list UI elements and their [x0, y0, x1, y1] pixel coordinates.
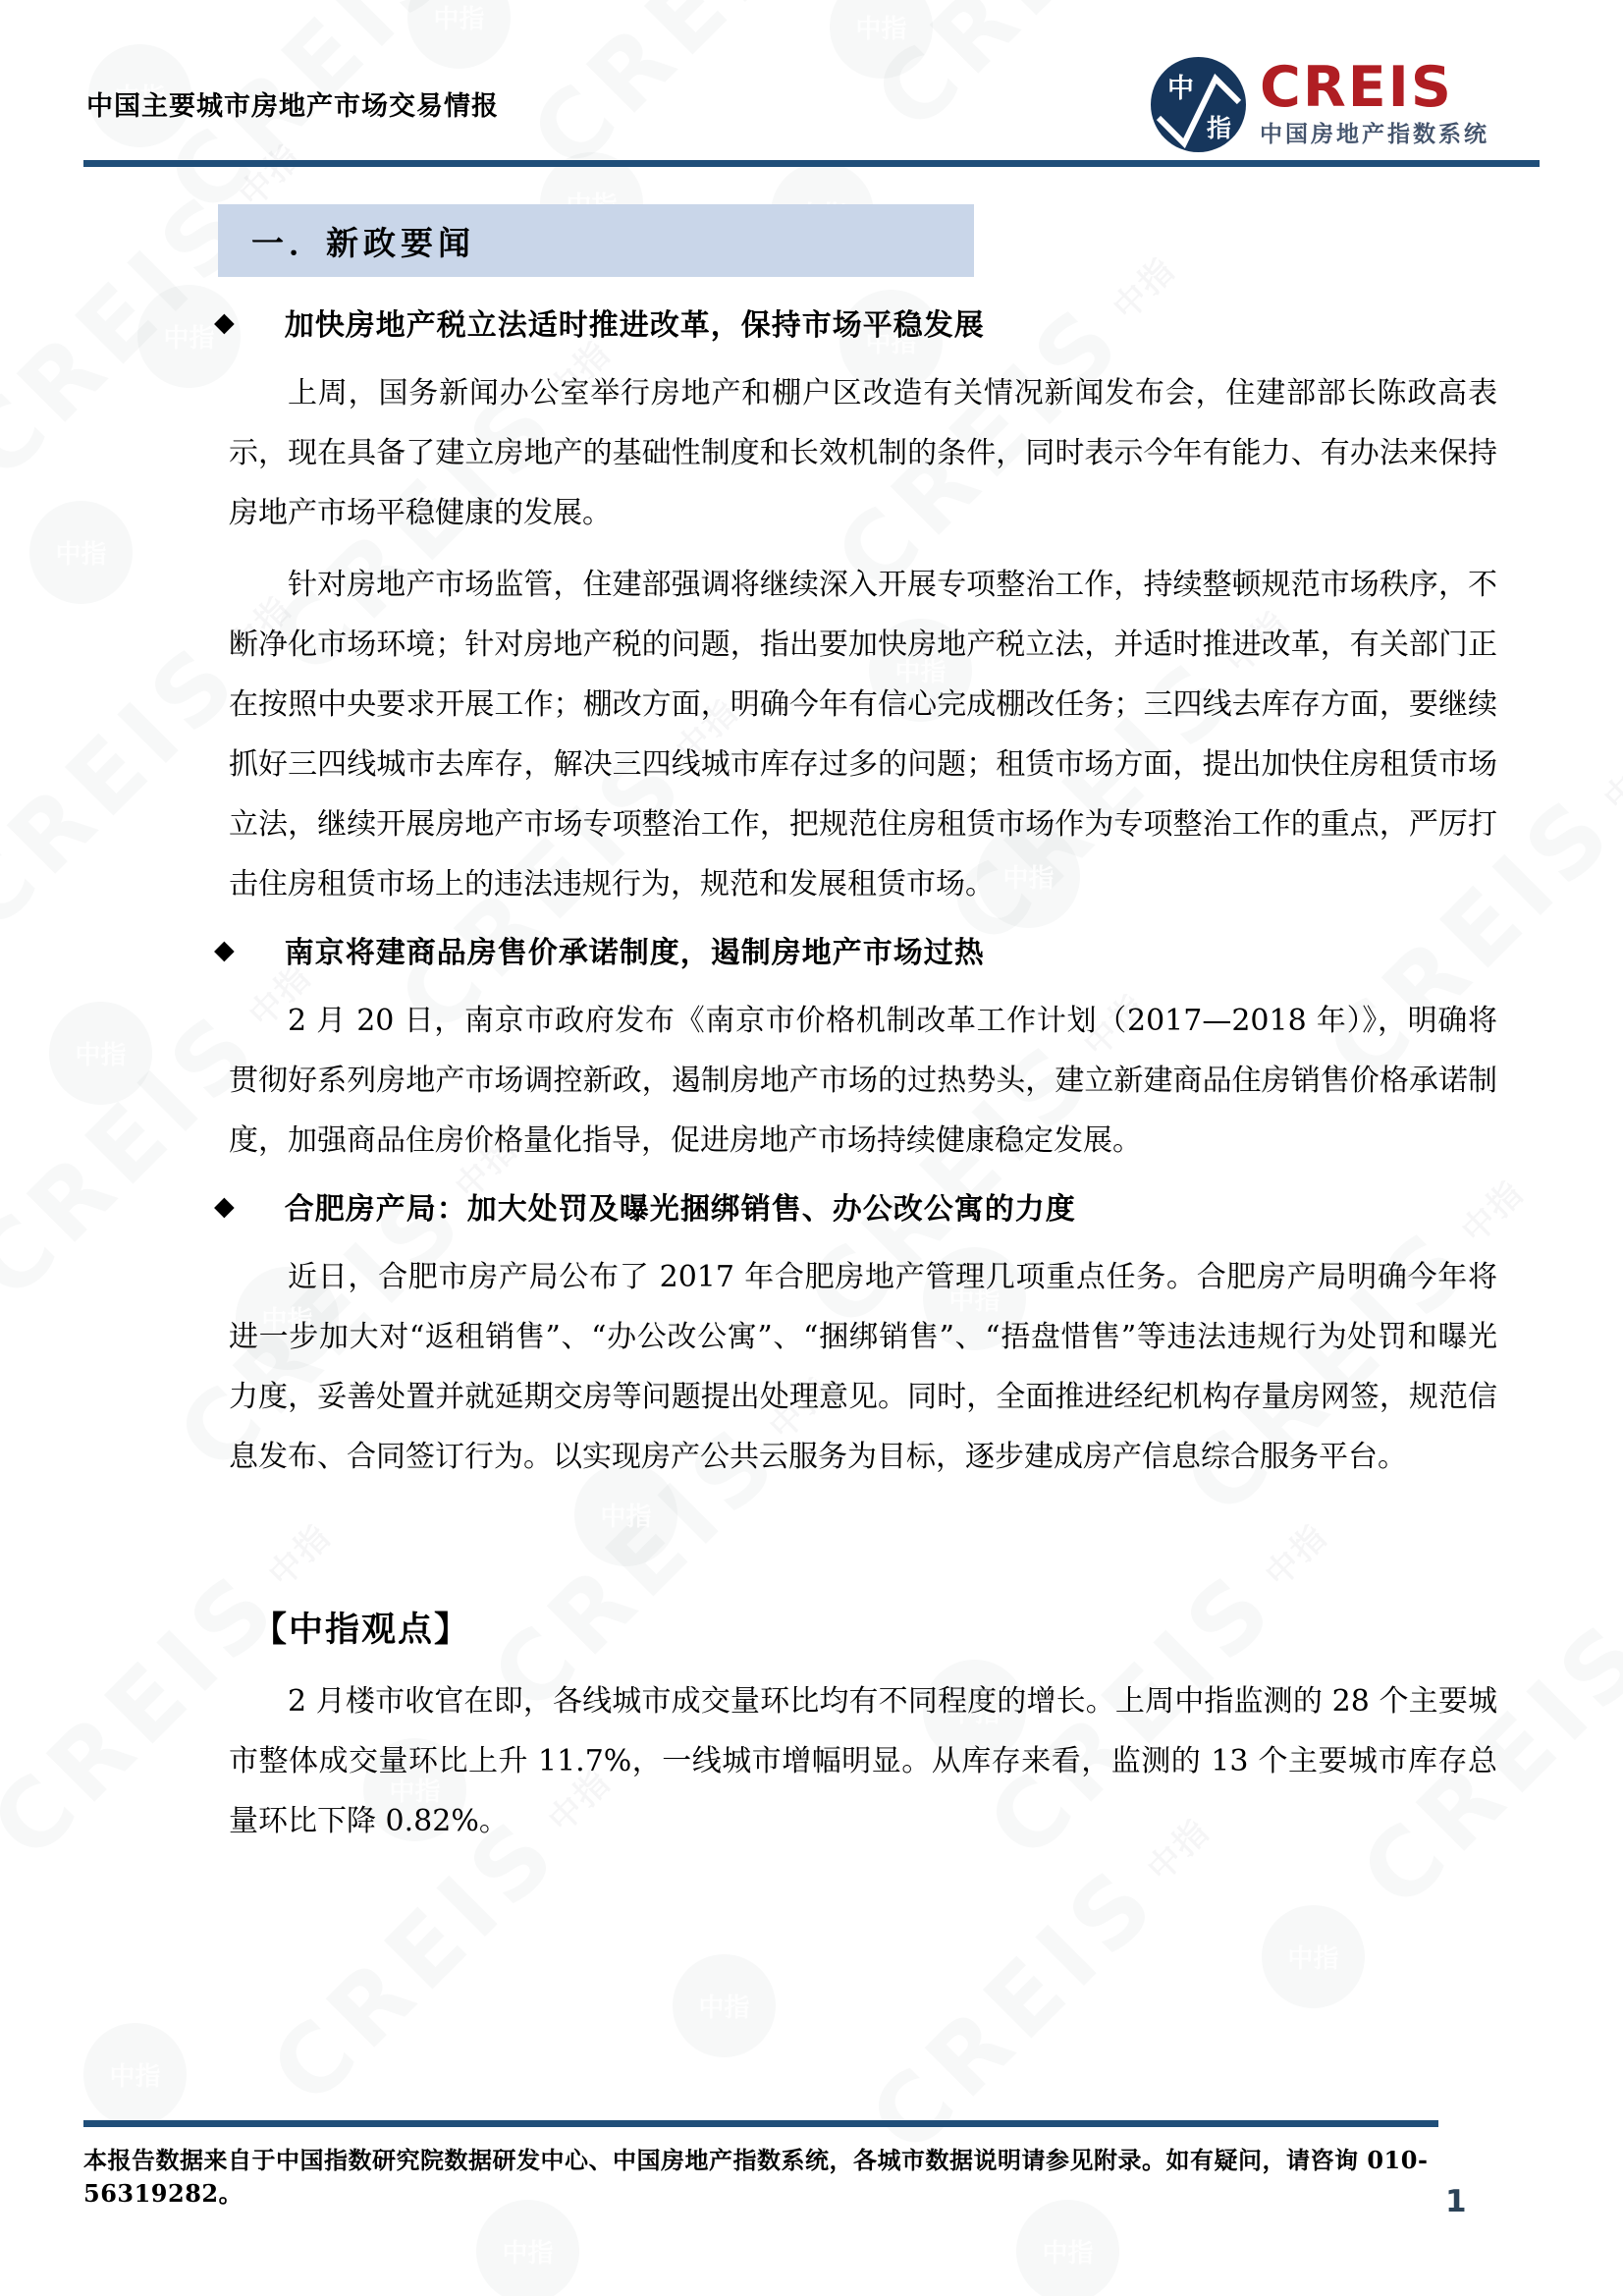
footer-note: 本报告数据来自于中国指数研究院数据研发中心、中国房地产指数系统，各城市数据说明请…: [83, 2144, 1458, 2211]
logo-brand: CREIS: [1260, 62, 1489, 113]
footer-rule: [83, 2120, 1438, 2127]
watermark-logo-circle: 中指: [1016, 2200, 1119, 2296]
logo-char-bottom: 指: [1207, 109, 1231, 144]
zigzag-chart-icon: [1151, 57, 1246, 152]
news-heading-2: ◆ 南京将建商品房售价承诺制度，遏制房地产市场过热: [214, 928, 1497, 971]
section-title: 一．新政要闻: [218, 204, 974, 277]
page-title: 中国主要城市房地产市场交易情报: [86, 84, 499, 123]
news-2-paragraph-1: 2 月 20 日，南京市政府发布《南京市价格机制改革工作计划（2017—2018…: [229, 991, 1497, 1171]
news-1-paragraph-1: 上周，国务新闻办公室举行房地产和棚户区改造有关情况新闻发布会，住建部部长陈政高表…: [229, 363, 1497, 543]
report-page: CREIS 中指CREIS 中指CREIS 中指CREIS 中指CREIS 中指…: [0, 0, 1623, 2296]
news-3-paragraph-1: 近日，合肥市房产局公布了 2017 年合肥房地产管理几项重点任务。合肥房产局明确…: [229, 1247, 1497, 1487]
news-heading-1: ◆ 加快房地产税立法适时推进改革，保持市场平稳发展: [214, 301, 1497, 344]
header-rule: [83, 160, 1540, 167]
watermark-logo-circle: 中指: [83, 2023, 187, 2126]
viewpoint-title: 【中指观点】: [252, 1603, 1497, 1652]
news-1-paragraph-2: 针对房地产市场监管，住建部强调将继续深入开展专项整治工作，持续整顿规范市场秩序，…: [229, 555, 1497, 914]
diamond-bullet-icon: ◆: [214, 309, 236, 336]
watermark-logo-circle: 中指: [49, 1002, 152, 1105]
watermark-logo-circle: 中指: [407, 0, 511, 69]
watermark-logo-circle: 中指: [1262, 1905, 1365, 2008]
logo-char-top: 中: [1167, 67, 1194, 105]
watermark-logo-circle: 中指: [830, 0, 933, 79]
page-number: 1: [1445, 2184, 1467, 2219]
diamond-bullet-icon: ◆: [214, 1193, 236, 1220]
news-heading-2-label: 南京将建商品房售价承诺制度，遏制房地产市场过热: [285, 928, 985, 971]
news-heading-1-label: 加快房地产税立法适时推进改革，保持市场平稳发展: [285, 301, 985, 344]
diamond-bullet-icon: ◆: [214, 937, 236, 963]
news-heading-3: ◆ 合肥房产局：加大处罚及曝光捆绑销售、办公改公寓的力度: [214, 1184, 1497, 1228]
creis-logo: 中 指 CREIS 中国房地产指数系统: [1151, 57, 1489, 152]
watermark-logo-circle: 中指: [476, 2200, 579, 2296]
viewpoint-paragraph: 2 月楼市收官在即，各线城市成交量环比均有不同程度的增长。上周中指监测的 28 …: [229, 1671, 1497, 1851]
logo-text: CREIS 中国房地产指数系统: [1260, 62, 1489, 148]
logo-subtitle: 中国房地产指数系统: [1260, 116, 1489, 148]
watermark-logo-circle: 中指: [29, 501, 133, 604]
news-heading-3-label: 合肥房产局：加大处罚及曝光捆绑销售、办公改公寓的力度: [285, 1184, 1076, 1228]
watermark-subtext: 中指: [1587, 741, 1623, 829]
report-body: 一．新政要闻 ◆ 加快房地产税立法适时推进改革，保持市场平稳发展 上周，国务新闻…: [229, 204, 1497, 1863]
watermark-logo-circle: 中指: [673, 1954, 776, 2057]
creis-logo-icon: 中 指: [1151, 57, 1246, 152]
